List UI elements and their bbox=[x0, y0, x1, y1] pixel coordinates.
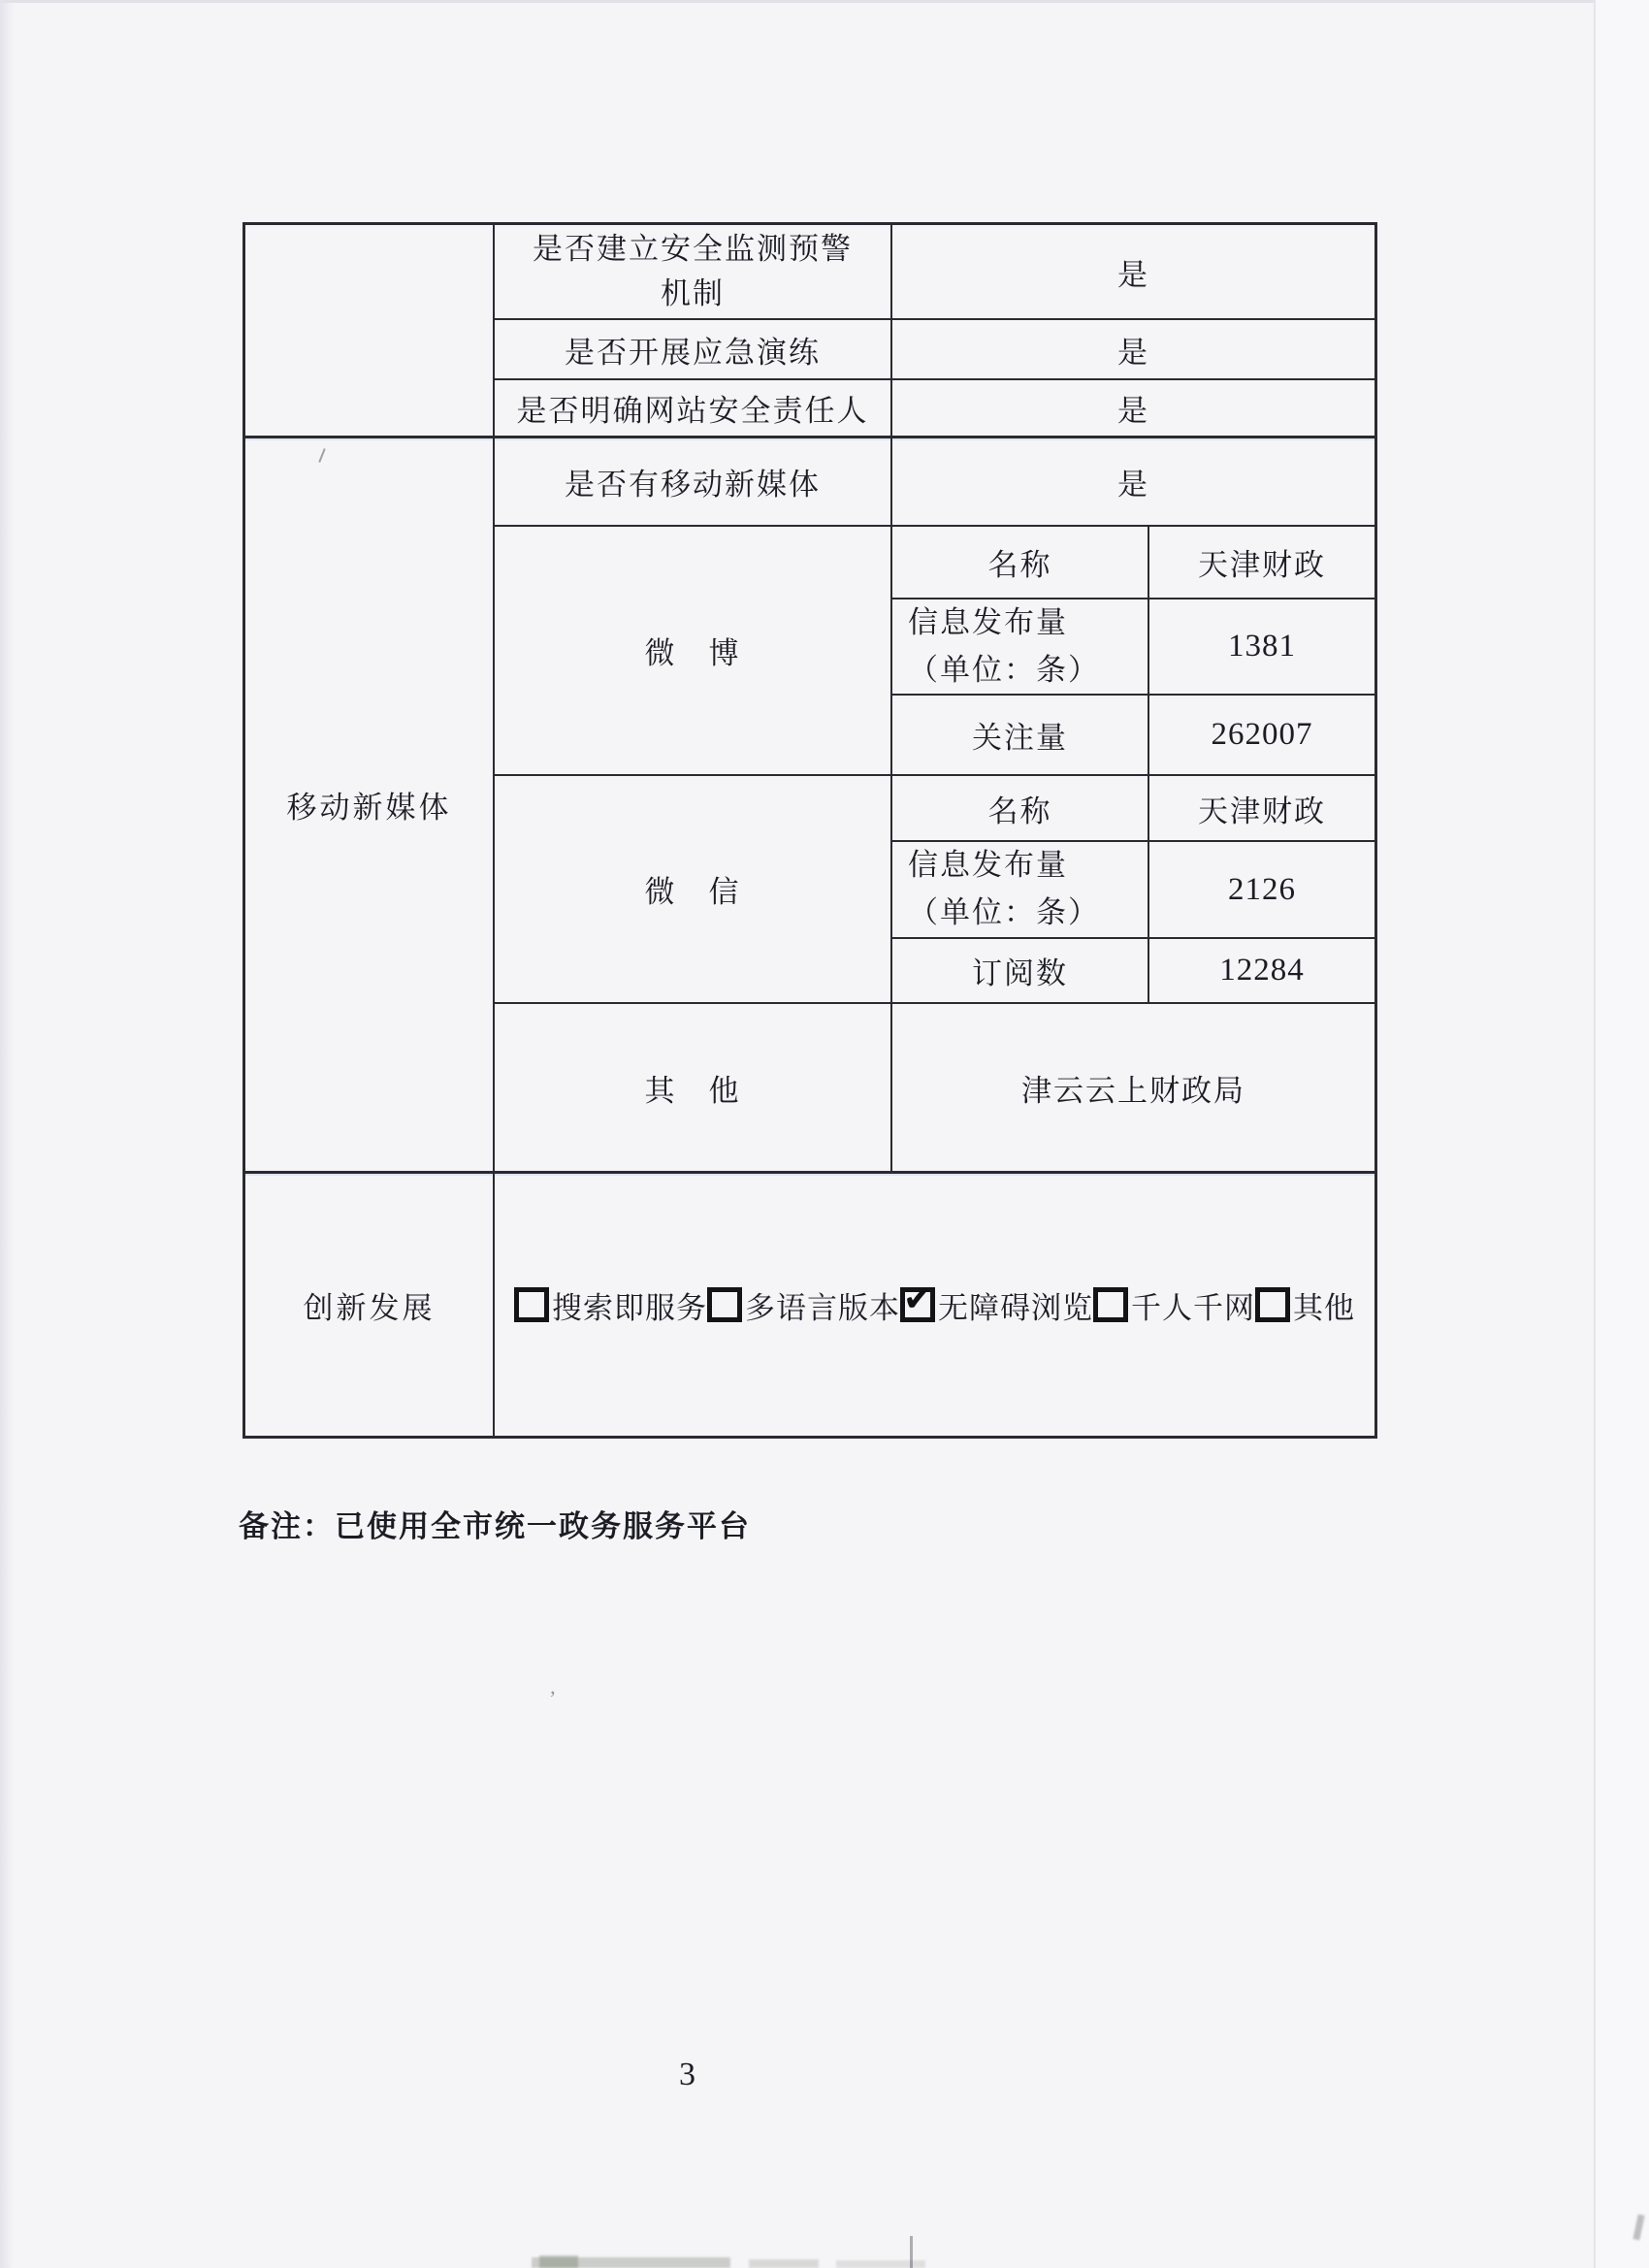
checkbox-unchecked-icon bbox=[1093, 1287, 1128, 1322]
security-row-value: 是 bbox=[892, 380, 1374, 438]
scanned-document-page: 是否建立安全监测预警机制 是 是否开展应急演练 是 是否明确网站安全责任人 是 … bbox=[0, 0, 1649, 2268]
scan-edge-left bbox=[0, 0, 14, 2268]
security-row-value: 是 bbox=[892, 320, 1374, 380]
wechat-posts-label-line1: 信息发布量 bbox=[908, 842, 1068, 890]
scan-edge-right bbox=[1594, 0, 1596, 2268]
has-new-media-label: 是否有移动新媒体 bbox=[495, 438, 892, 527]
security-row-label: 是否明确网站安全责任人 bbox=[495, 380, 892, 438]
security-row-label: 是否开展应急演练 bbox=[495, 320, 892, 380]
innovation-option: 多语言版本 bbox=[707, 1283, 900, 1327]
weibo-followers-value: 262007 bbox=[1149, 696, 1374, 776]
wechat-posts-label: 信息发布量 （单位：条） bbox=[892, 842, 1149, 939]
security-row-label: 是否建立安全监测预警机制 bbox=[495, 225, 892, 320]
section-label-mobile-media: 移动新媒体 bbox=[245, 438, 495, 1174]
innovation-option-label: 千人千网 bbox=[1131, 1283, 1255, 1327]
scan-smudge bbox=[749, 2259, 819, 2268]
innovation-option-label: 无障碍浏览 bbox=[938, 1283, 1093, 1327]
checkbox-unchecked-icon bbox=[707, 1287, 742, 1322]
scan-smudge bbox=[539, 2255, 578, 2268]
checkbox-unchecked-icon bbox=[514, 1287, 549, 1322]
weibo-name-value: 天津财政 bbox=[1149, 527, 1374, 599]
remark-note: 备注：已使用全市统一政务服务平台 bbox=[239, 1502, 751, 1545]
weibo-posts-label-line1: 信息发布量 bbox=[908, 599, 1068, 647]
page-number: 3 bbox=[679, 2057, 695, 2093]
report-table: 是否建立安全监测预警机制 是 是否开展应急演练 是 是否明确网站安全责任人 是 … bbox=[242, 222, 1377, 1439]
weibo-followers-label: 关注量 bbox=[892, 696, 1149, 776]
innovation-option-label: 搜索即服务 bbox=[552, 1283, 707, 1327]
has-new-media-value: 是 bbox=[892, 438, 1374, 527]
innovation-option: 千人千网 bbox=[1093, 1283, 1255, 1327]
platform-label-wechat: 微 信 bbox=[495, 776, 892, 1004]
innovation-option-label: 多语言版本 bbox=[745, 1283, 900, 1327]
section-label-innovation: 创新发展 bbox=[245, 1174, 495, 1436]
innovation-option-label: 其他 bbox=[1293, 1283, 1355, 1327]
innovation-option: 搜索即服务 bbox=[514, 1283, 707, 1327]
weibo-posts-label-line2: （单位：条） bbox=[908, 647, 1100, 695]
checkbox-checked-icon bbox=[900, 1287, 935, 1322]
security-row-label-text: 是否建立安全监测预警机制 bbox=[526, 227, 860, 317]
weibo-name-label: 名称 bbox=[892, 527, 1149, 599]
scan-edge-top bbox=[0, 0, 1649, 3]
other-platform-value: 津云云上财政局 bbox=[892, 1004, 1374, 1174]
checkbox-unchecked-icon bbox=[1255, 1287, 1290, 1322]
wechat-posts-label-line2: （单位：条） bbox=[908, 890, 1100, 937]
wechat-name-value: 天津财政 bbox=[1149, 776, 1374, 842]
wechat-posts-value: 2126 bbox=[1149, 842, 1374, 939]
other-platform-label: 其 他 bbox=[495, 1004, 892, 1174]
scan-smudge bbox=[910, 2236, 913, 2268]
innovation-option: 其他 bbox=[1255, 1283, 1355, 1327]
scan-edge-right-band bbox=[1596, 0, 1649, 2268]
scan-mark: ’ bbox=[549, 1686, 556, 1711]
section-cell-empty bbox=[245, 225, 495, 438]
weibo-posts-label: 信息发布量 （单位：条） bbox=[892, 599, 1149, 696]
wechat-subscribers-value: 12284 bbox=[1149, 939, 1374, 1004]
innovation-options-row: 搜索即服务 多语言版本 无障碍浏览 千人千网 其他 bbox=[495, 1174, 1374, 1436]
wechat-subscribers-label: 订阅数 bbox=[892, 939, 1149, 1004]
innovation-option: 无障碍浏览 bbox=[900, 1283, 1093, 1327]
platform-label-weibo: 微 博 bbox=[495, 527, 892, 776]
weibo-posts-value: 1381 bbox=[1149, 599, 1374, 696]
security-row-value: 是 bbox=[892, 225, 1374, 320]
wechat-name-label: 名称 bbox=[892, 776, 1149, 842]
